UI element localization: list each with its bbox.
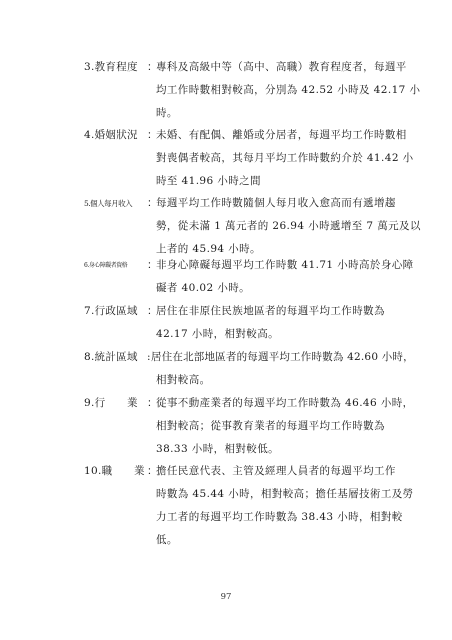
item-text-line: 低。: [84, 529, 404, 552]
document-page: 3.教育程度 ： 專科及高級中等（高中、高職）教育程度者，每週平 均工作時數相對…: [0, 0, 452, 640]
list-item-occupation: 10.職 業 ： 擔任民意代表、主管及經理人員者的每週平均工作 時數為 45.4…: [84, 460, 404, 552]
item-text-line: 擔任民意代表、主管及經理人員者的每週平均工作: [156, 460, 396, 483]
item-label: 8.統計區域: [84, 346, 147, 369]
item-text-line: 時數為 45.44 小時，相對較高；擔任基層技術工及勞: [84, 483, 404, 506]
item-colon: ：: [147, 392, 156, 415]
list-item-administrative-region: 7.行政區域 ： 居住在非原住民族地區者的每週平均工作時數為 42.17 小時，…: [84, 300, 404, 346]
item-text-line: 38.33 小時，相對較低。: [84, 438, 404, 461]
item-colon: ：: [147, 124, 156, 147]
list-item-industry: 9.行 業 ： 從事不動產業者的每週平均工作時數為 46.46 小時， 相對較高…: [84, 392, 404, 461]
item-text-line: 相對較高。: [84, 369, 404, 392]
item-colon: ：: [147, 254, 156, 277]
item-label: 10.職 業: [84, 460, 147, 483]
item-label: 6.身心障礙者資格: [84, 254, 147, 277]
item-text-line: 時。: [84, 102, 404, 125]
item-text-line: 未婚、有配偶、離婚或分居者，每週平均工作時數相: [156, 124, 407, 147]
item-text-line: 勢，從未滿 1 萬元者的 26.94 小時遞增至 7 萬元及以: [84, 215, 404, 238]
item-text-line: 礙者 40.02 小時。: [84, 277, 404, 300]
item-colon: ：: [147, 56, 156, 79]
item-text-line: 力工者的每週平均工作時數為 38.43 小時，相對較: [84, 506, 404, 529]
list-item-monthly-income: 5.個人每月收入 ： 每週平均工作時數隨個人每月收入愈高而有遞增趨 勢，從未滿 …: [84, 192, 404, 261]
item-colon: ：: [147, 300, 156, 323]
list-item-marital-status: 4.婚姻狀況 ： 未婚、有配偶、離婚或分居者，每週平均工作時數相 對喪偶者較高，…: [84, 124, 404, 193]
item-colon: ：: [147, 192, 156, 215]
item-label: 4.婚姻狀況: [84, 124, 147, 147]
item-text-line: 專科及高級中等（高中、高職）教育程度者，每週平: [156, 56, 407, 79]
item-text-line: 從事不動產業者的每週平均工作時數為 46.46 小時，: [156, 392, 414, 415]
item-text-line: 非身心障礙每週平均工作時數 41.71 小時高於身心障: [156, 254, 414, 277]
item-text-line: 42.17 小時，相對較高。: [84, 323, 404, 346]
item-text-line: 時至 41.96 小時之間: [84, 170, 404, 193]
item-text-line: 居住在非原住民族地區者的每週平均工作時數為: [156, 300, 385, 323]
item-colon: ：: [147, 460, 156, 483]
item-label: 9.行 業: [84, 392, 147, 415]
item-text-line: 均工作時數相對較高，分別為 42.52 小時及 42.17 小: [84, 79, 404, 102]
item-text-line: 居住在北部地區者的每週平均工作時數為 42.60 小時，: [151, 346, 414, 369]
list-item-education: 3.教育程度 ： 專科及高級中等（高中、高職）教育程度者，每週平 均工作時數相對…: [84, 56, 404, 125]
item-text-line: 每週平均工作時數隨個人每月收入愈高而有遞增趨: [156, 192, 396, 215]
list-item-statistical-region: 8.統計區域 : 居住在北部地區者的每週平均工作時數為 42.60 小時， 相對…: [84, 346, 404, 392]
list-item-disability: 6.身心障礙者資格 ： 非身心障礙每週平均工作時數 41.71 小時高於身心障 …: [84, 254, 404, 300]
item-label: 3.教育程度: [84, 56, 147, 79]
item-text-line: 相對較高；從事教育業者的每週平均工作時數為: [84, 415, 404, 438]
page-number: 97: [0, 592, 452, 602]
item-text-line: 對喪偶者較高，其每月平均工作時數約介於 41.42 小: [84, 147, 404, 170]
item-label: 5.個人每月收入: [84, 192, 147, 215]
item-label: 7.行政區域: [84, 300, 147, 323]
